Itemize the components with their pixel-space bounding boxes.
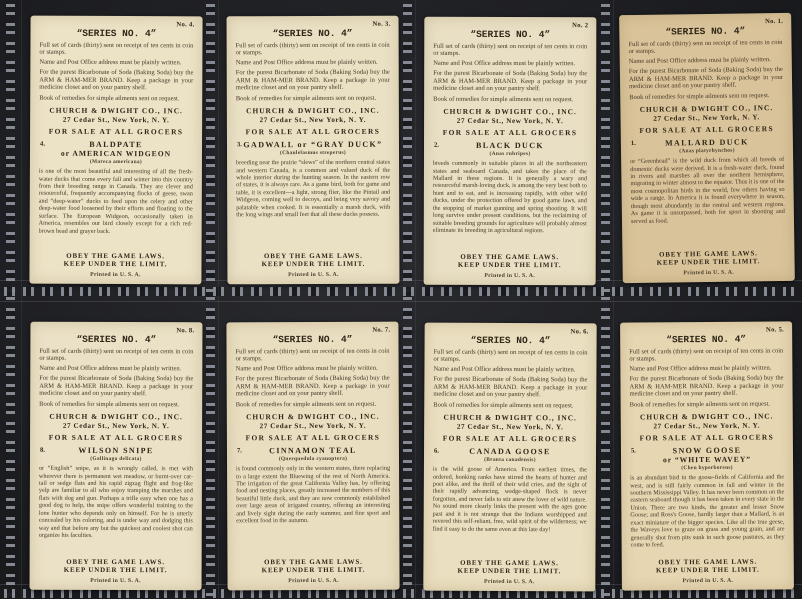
keep-under-limit-line: KEEP UNDER THE LIMIT.: [432, 568, 586, 577]
remedies-book-paragraph: Book of remedies for simple ailments sen…: [433, 401, 587, 409]
baking-soda-ad-paragraph: For the purest Bicarbonate of Soda (Baki…: [236, 69, 390, 92]
card-corner-number: No. 3.: [372, 21, 390, 28]
bird-description: is an abundant bird in the goose-fields …: [630, 474, 785, 558]
latin-name: (Anas rubripes): [433, 151, 587, 157]
trading-card-back: No. 1. “SERIES NO. 4” Full set of cards …: [619, 13, 795, 283]
keep-under-limit-line: KEEP UNDER THE LIMIT.: [39, 567, 193, 576]
bird-heading: 8. WILSON SNIPE: [39, 445, 193, 455]
company-address: 27 Cedar St., New York, N. Y.: [433, 117, 587, 125]
name-address-paragraph: Name and Post Office address must be pla…: [629, 365, 783, 374]
series-title: “SERIES NO. 4”: [629, 333, 783, 345]
bird-name: MALLARD DUCK: [630, 137, 784, 148]
remedies-book-paragraph: Book of remedies for simple ailments sen…: [630, 400, 784, 409]
latin-name: (Branta canadensis): [433, 457, 587, 464]
latin-name: (Chen hyperboreus): [630, 465, 784, 472]
bird-number: 7.: [237, 447, 242, 454]
bird-heading: 5. SNOW GOOSE or “WHITE WAVEY”: [630, 445, 784, 464]
company-address: 27 Cedar St., New York, N. Y.: [236, 116, 390, 125]
keep-under-limit-line: KEEP UNDER THE LIMIT.: [236, 261, 390, 270]
card-footer: OBEY THE GAME LAWS. KEEP UNDER THE LIMIT…: [38, 251, 192, 279]
company-name: CHURCH & DWIGHT CO., INC.: [433, 106, 587, 115]
card-corner-number: No. 1.: [765, 18, 783, 25]
company-address: 27 Cedar St., New York, N. Y.: [39, 116, 193, 125]
full-set-offer-paragraph: Full set of cards (thirty) sent on recei…: [628, 38, 782, 55]
bird-name: CINNAMON TEAL: [236, 445, 390, 455]
bird-heading: 6. CANADA GOOSE: [433, 446, 587, 456]
full-set-offer-paragraph: Full set of cards (thirty) sent on recei…: [433, 42, 587, 58]
bird-description: is the wild goose of America. From earli…: [432, 466, 586, 559]
series-title: “SERIES NO. 4”: [39, 28, 193, 40]
baking-soda-ad-paragraph: For the purest Bicarbonate of Soda (Baki…: [39, 375, 193, 398]
baking-soda-ad-paragraph: For the purest Bicarbonate of Soda (Baki…: [39, 69, 193, 92]
trading-card-back: No. 8. “SERIES NO. 4” Full set of cards …: [30, 322, 203, 591]
company-name: CHURCH & DWIGHT CO., INC.: [39, 411, 193, 421]
bird-description: breeds commonly in suitable places in al…: [433, 160, 587, 252]
trading-card-back: No. 7. “SERIES NO. 4” Full set of cards …: [226, 322, 399, 591]
remedies-book-paragraph: Book of remedies for simple ailments sen…: [433, 95, 587, 103]
grocers-line: FOR SALE AT ALL GROCERS: [630, 432, 784, 442]
name-address-paragraph: Name and Post Office address must be pla…: [433, 366, 587, 374]
grocers-line: FOR SALE AT ALL GROCERS: [39, 432, 193, 442]
series-title: “SERIES NO. 4”: [433, 29, 587, 40]
latin-name: (Mareca americana): [39, 159, 193, 166]
grocers-line: FOR SALE AT ALL GROCERS: [39, 126, 193, 136]
printed-in-usa-line: Printed in U. S. A.: [38, 272, 192, 279]
bird-number: 5.: [631, 447, 636, 454]
album-page: No. 4. “SERIES NO. 4” Full set of cards …: [0, 0, 802, 599]
baking-soda-ad-paragraph: For the purest Bicarbonate of Soda (Baki…: [236, 375, 390, 398]
latin-name: (Anas platyrhynchos): [630, 147, 784, 155]
grocers-line: FOR SALE AT ALL GROCERS: [433, 433, 587, 443]
bird-name: GADWALL or “GRAY DUCK”: [236, 139, 390, 149]
company-name: CHURCH & DWIGHT CO., INC.: [236, 105, 390, 115]
trading-card-back: No. 5. “SERIES NO. 4” Full set of cards …: [620, 321, 794, 590]
name-address-paragraph: Name and Post Office address must be pla…: [433, 60, 587, 68]
bird-heading: 1. MALLARD DUCK: [630, 137, 784, 148]
name-address-paragraph: Name and Post Office address must be pla…: [39, 365, 193, 373]
bird-subname: or “WHITE WAVEY”: [630, 454, 784, 464]
remedies-book-paragraph: Book of remedies for simple ailments sen…: [39, 400, 193, 408]
printed-in-usa-line: Printed in U. S. A.: [432, 579, 586, 586]
series-title: “SERIES NO. 4”: [235, 334, 389, 346]
bird-number: 4.: [40, 140, 45, 147]
card-footer: OBEY THE GAME LAWS. KEEP UNDER THE LIMIT…: [236, 251, 390, 279]
keep-under-limit-line: KEEP UNDER THE LIMIT.: [433, 262, 587, 271]
series-title: “SERIES NO. 4”: [236, 28, 390, 40]
card-footer: OBEY THE GAME LAWS. KEEP UNDER THE LIMIT…: [433, 252, 587, 280]
company-address: 27 Cedar St., New York, N. Y.: [236, 422, 390, 431]
card-corner-number: No. 2: [572, 22, 588, 29]
grocers-line: FOR SALE AT ALL GROCERS: [630, 124, 784, 135]
name-address-paragraph: Name and Post Office address must be pla…: [39, 59, 193, 67]
bird-number: 6.: [434, 447, 439, 454]
name-address-paragraph: Name and Post Office address must be pla…: [236, 365, 390, 373]
card-corner-number: No. 5.: [766, 326, 784, 333]
printed-in-usa-line: Printed in U. S. A.: [39, 578, 193, 585]
full-set-offer-paragraph: Full set of cards (thirty) sent on recei…: [39, 347, 193, 363]
trading-card-back: No. 6. “SERIES NO. 4” Full set of cards …: [423, 323, 596, 592]
name-address-paragraph: Name and Post Office address must be pla…: [236, 59, 390, 67]
series-title: “SERIES NO. 4”: [39, 334, 193, 346]
keep-under-limit-line: KEEP UNDER THE LIMIT.: [631, 567, 785, 576]
grocers-line: FOR SALE AT ALL GROCERS: [433, 127, 587, 136]
printed-in-usa-line: Printed in U. S. A.: [632, 269, 786, 277]
bird-heading: 3. GADWALL or “GRAY DUCK”: [236, 139, 390, 149]
full-set-offer-paragraph: Full set of cards (thirty) sent on recei…: [236, 41, 390, 57]
company-name: CHURCH & DWIGHT CO., INC.: [629, 103, 783, 114]
latin-name: (Chaulelasmus streperus): [236, 150, 390, 157]
bird-heading: 7. CINNAMON TEAL: [236, 445, 390, 455]
card-corner-number: No. 4.: [176, 21, 194, 28]
keep-under-limit-line: KEEP UNDER THE LIMIT.: [632, 258, 786, 268]
baking-soda-ad-paragraph: For the purest Bicarbonate of Soda (Baki…: [629, 375, 783, 399]
printed-in-usa-line: Printed in U. S. A.: [631, 577, 785, 584]
company-address: 27 Cedar St., New York, N. Y.: [433, 423, 587, 432]
card-grid: No. 4. “SERIES NO. 4” Full set of cards …: [0, 0, 802, 599]
bird-heading: 2. BLACK DUCK: [433, 140, 587, 149]
card-footer: OBEY THE GAME LAWS. KEEP UNDER THE LIMIT…: [432, 558, 586, 587]
bird-number: 3.: [237, 141, 242, 148]
trading-card-back: No. 3. “SERIES NO. 4” Full set of cards …: [227, 16, 400, 285]
trading-card-back: No. 4. “SERIES NO. 4” Full set of cards …: [29, 16, 202, 285]
company-name: CHURCH & DWIGHT CO., INC.: [236, 411, 390, 421]
full-set-offer-paragraph: Full set of cards (thirty) sent on recei…: [433, 348, 587, 364]
grocers-line: FOR SALE AT ALL GROCERS: [236, 126, 390, 136]
baking-soda-ad-paragraph: For the purest Bicarbonate of Soda (Baki…: [629, 66, 783, 91]
name-address-paragraph: Name and Post Office address must be pla…: [629, 56, 783, 66]
printed-in-usa-line: Printed in U. S. A.: [433, 273, 587, 279]
remedies-book-paragraph: Book of remedies for simple ailments sen…: [236, 94, 390, 102]
bird-number: 1.: [631, 140, 636, 147]
remedies-book-paragraph: Book of remedies for simple ailments sen…: [629, 91, 783, 101]
printed-in-usa-line: Printed in U. S. A.: [236, 272, 390, 279]
latin-name: (Gallinago delicata): [39, 456, 193, 463]
bird-description: is one of the most beautiful and interes…: [39, 168, 193, 252]
keep-under-limit-line: KEEP UNDER THE LIMIT.: [236, 567, 390, 576]
latin-name: (Querquedula cyanoptera): [236, 456, 390, 463]
card-corner-number: No. 7.: [372, 327, 390, 334]
full-set-offer-paragraph: Full set of cards (thirty) sent on recei…: [39, 41, 193, 57]
remedies-book-paragraph: Book of remedies for simple ailments sen…: [236, 400, 390, 408]
bird-description: or “Greenhead” is the wild duck from whi…: [630, 156, 785, 250]
bird-subname: or AMERICAN WIDGEON: [39, 148, 193, 158]
baking-soda-ad-paragraph: For the purest Bicarbonate of Soda (Baki…: [433, 376, 587, 400]
bird-heading: 4. BALDPATE or AMERICAN WIDGEON: [39, 139, 193, 158]
full-set-offer-paragraph: Full set of cards (thirty) sent on recei…: [629, 347, 783, 363]
full-set-offer-paragraph: Full set of cards (thirty) sent on recei…: [236, 347, 390, 363]
bird-description: is found commonly only in the western st…: [236, 465, 390, 558]
series-title: “SERIES NO. 4”: [628, 25, 782, 38]
card-footer: OBEY THE GAME LAWS. KEEP UNDER THE LIMIT…: [39, 557, 193, 585]
company-address: 27 Cedar St., New York, N. Y.: [630, 422, 784, 431]
card-footer: OBEY THE GAME LAWS. KEEP UNDER THE LIMIT…: [236, 557, 390, 585]
company-address: 27 Cedar St., New York, N. Y.: [630, 113, 784, 123]
bird-description: breeding near the prairie “slews” of the…: [236, 159, 390, 252]
baking-soda-ad-paragraph: For the purest Bicarbonate of Soda (Baki…: [433, 70, 587, 93]
bird-name: BLACK DUCK: [433, 140, 587, 149]
bird-number: 2.: [434, 141, 439, 148]
company-address: 27 Cedar St., New York, N. Y.: [39, 422, 193, 431]
company-name: CHURCH & DWIGHT CO., INC.: [433, 412, 587, 422]
printed-in-usa-line: Printed in U. S. A.: [237, 578, 391, 585]
card-corner-number: No. 8.: [176, 327, 194, 334]
trading-card-back: No. 2 “SERIES NO. 4” Full set of cards (…: [424, 17, 597, 285]
grocers-line: FOR SALE AT ALL GROCERS: [236, 432, 390, 442]
keep-under-limit-line: KEEP UNDER THE LIMIT.: [38, 261, 192, 270]
bird-name: WILSON SNIPE: [39, 445, 193, 455]
remedies-book-paragraph: Book of remedies for simple ailments sen…: [39, 94, 193, 102]
bird-number: 8.: [40, 446, 45, 453]
series-title: “SERIES NO. 4”: [434, 335, 588, 347]
bird-name: CANADA GOOSE: [433, 446, 587, 456]
bird-description: or “English” snipe, as it is wrongly cal…: [39, 465, 193, 558]
company-name: CHURCH & DWIGHT CO., INC.: [630, 411, 784, 421]
card-footer: OBEY THE GAME LAWS. KEEP UNDER THE LIMIT…: [631, 557, 785, 586]
company-name: CHURCH & DWIGHT CO., INC.: [39, 105, 193, 115]
card-footer: OBEY THE GAME LAWS. KEEP UNDER THE LIMIT…: [631, 248, 785, 278]
card-corner-number: No. 6.: [571, 328, 589, 335]
